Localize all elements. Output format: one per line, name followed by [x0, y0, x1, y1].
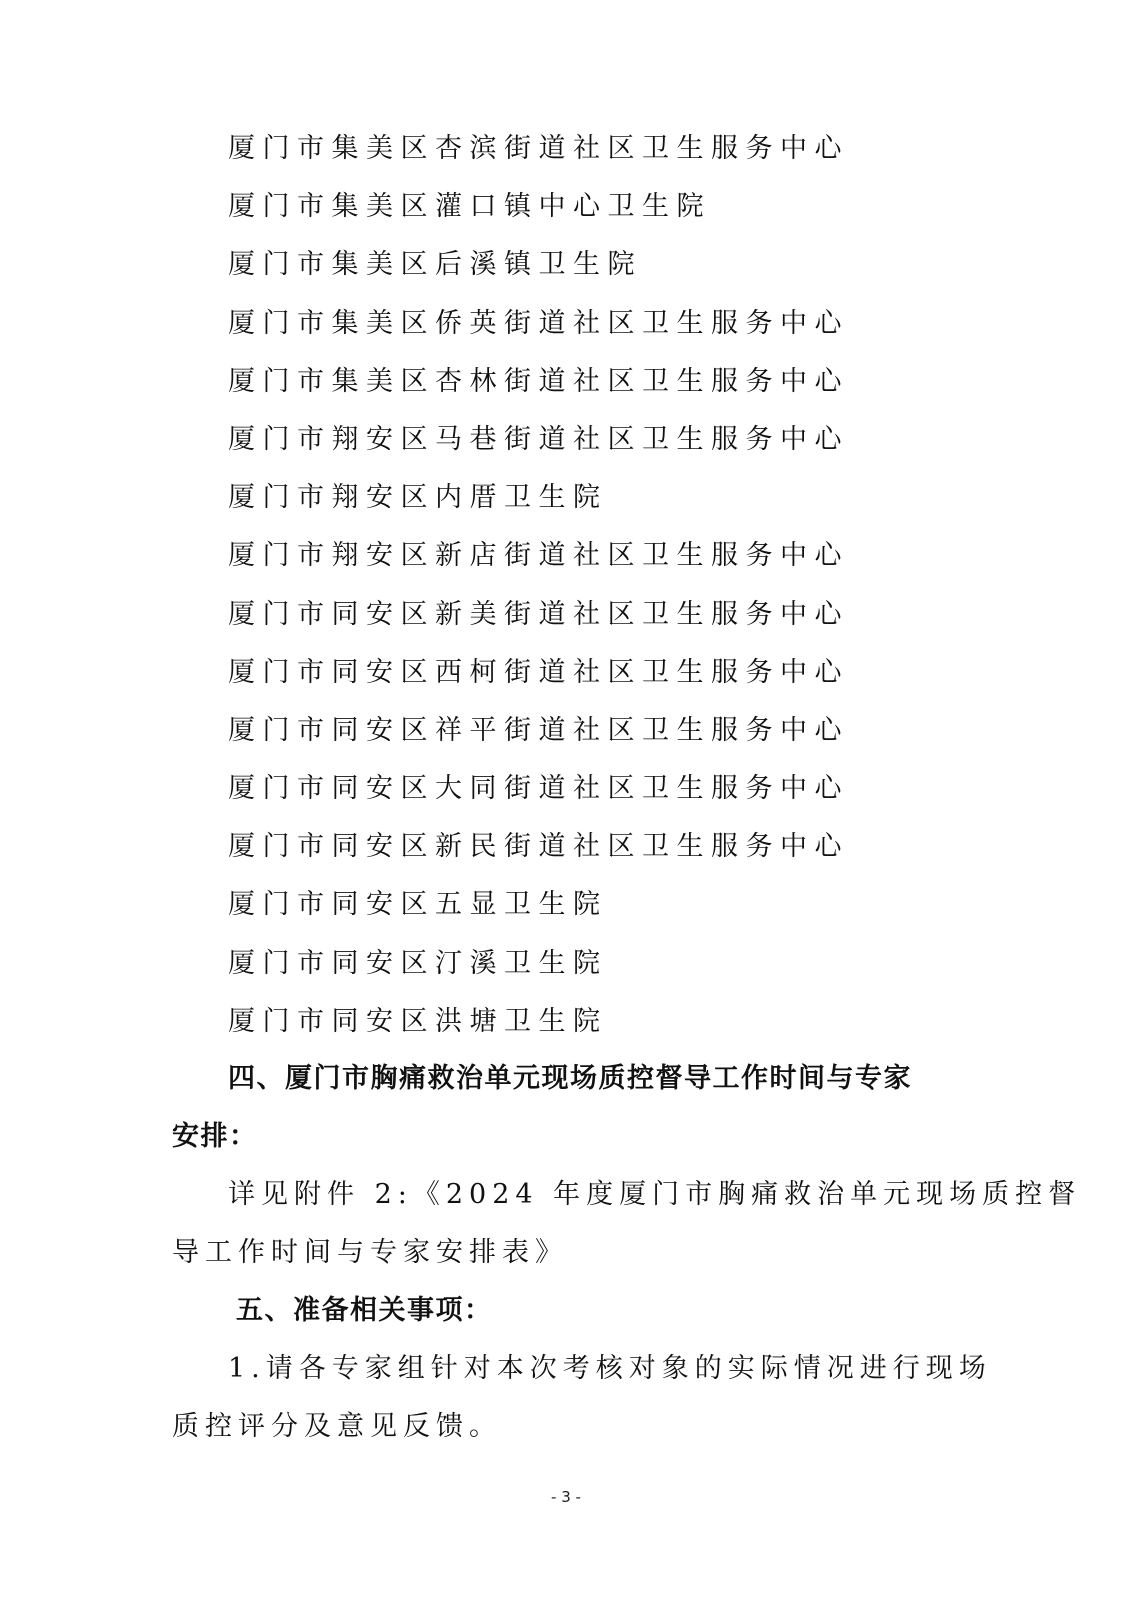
institution-item: 厦门市同安区新美街道社区卫生服务中心: [228, 592, 849, 650]
section4-body-line2: 导工作时间与专家安排表》: [172, 1230, 962, 1276]
page-number: - 3 -: [0, 1488, 1132, 1506]
section5-item1-line2: 质控评分及意见反馈。: [172, 1404, 962, 1450]
section4-heading-line2: 安排：: [172, 1114, 962, 1160]
institution-item: 厦门市同安区洪塘卫生院: [228, 999, 849, 1057]
institution-item: 厦门市翔安区内厝卫生院: [228, 475, 849, 533]
section5-item1-line1: 1.请各专家组针对本次考核对象的实际情况进行现场: [172, 1346, 1018, 1392]
document-page: 厦门市集美区杏滨街道社区卫生服务中心 厦门市集美区灌口镇中心卫生院 厦门市集美区…: [0, 0, 1132, 1600]
institution-item: 厦门市同安区大同街道社区卫生服务中心: [228, 766, 849, 824]
section4-body-line1: 详见附件 2:《2024 年度厦门市胸痛救治单元现场质控督: [172, 1172, 1018, 1218]
institution-item: 厦门市集美区后溪镇卫生院: [228, 242, 849, 300]
institution-item: 厦门市同安区祥平街道社区卫生服务中心: [228, 708, 849, 766]
institution-item: 厦门市集美区杏滨街道社区卫生服务中心: [228, 126, 849, 184]
institution-item: 厦门市同安区汀溪卫生院: [228, 941, 849, 999]
institution-item: 厦门市同安区新民街道社区卫生服务中心: [228, 824, 849, 882]
institution-item: 厦门市集美区杏林街道社区卫生服务中心: [228, 359, 849, 417]
section5-heading: 五、准备相关事项：: [172, 1288, 1026, 1334]
institution-item: 厦门市同安区西柯街道社区卫生服务中心: [228, 650, 849, 708]
institution-item: 厦门市翔安区马巷街道社区卫生服务中心: [228, 417, 849, 475]
institution-item: 厦门市翔安区新店街道社区卫生服务中心: [228, 533, 849, 591]
institution-list: 厦门市集美区杏滨街道社区卫生服务中心 厦门市集美区灌口镇中心卫生院 厦门市集美区…: [228, 126, 849, 1057]
institution-item: 厦门市集美区灌口镇中心卫生院: [228, 184, 849, 242]
institution-item: 厦门市集美区侨英街道社区卫生服务中心: [228, 301, 849, 359]
section4-heading-line1: 四、厦门市胸痛救治单元现场质控督导工作时间与专家: [172, 1056, 1018, 1102]
institution-item: 厦门市同安区五显卫生院: [228, 882, 849, 940]
